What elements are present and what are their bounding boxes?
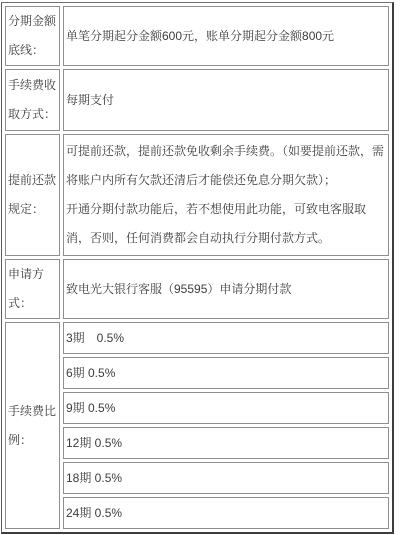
table-row: 提前还款规定： 可提前还款，提前还款免收剩余手续费。（如要提前还款，需将账户内所… <box>5 134 389 256</box>
early-repayment-paragraph-1: 可提前还款，提前还款免收剩余手续费。（如要提前还款，需将账户内所有欠款还清后才能… <box>66 137 386 195</box>
table-row: 24期 0.5% <box>5 497 389 529</box>
table-row: 6期 0.5% <box>5 357 389 389</box>
fee-rate-row-6-periods: 6期 0.5% <box>63 357 389 389</box>
value-fee-collection-method: 每期支付 <box>63 69 389 131</box>
value-installment-amount-floor: 单笔分期起分金额600元，账单分期起分金额800元 <box>63 6 389 66</box>
installment-terms-table: 分期金额底线： 单笔分期起分金额600元，账单分期起分金额800元 手续费收取方… <box>1 2 394 534</box>
table-row: 手续费收取方式： 每期支付 <box>5 69 389 131</box>
value-early-repayment-rules: 可提前还款，提前还款免收剩余手续费。（如要提前还款，需将账户内所有欠款还清后才能… <box>63 134 389 256</box>
table-row: 18期 0.5% <box>5 462 389 494</box>
fee-rate-row-18-periods: 18期 0.5% <box>63 462 389 494</box>
table-row: 分期金额底线： 单笔分期起分金额600元，账单分期起分金额800元 <box>5 6 389 66</box>
fee-rate-row-12-periods: 12期 0.5% <box>63 427 389 459</box>
table-row: 申请方式： 致电光大银行客服（95595）申请分期付款 <box>5 259 389 319</box>
label-installment-amount-floor: 分期金额底线： <box>5 6 60 66</box>
label-fee-rate: 手续费比例： <box>5 322 60 529</box>
label-early-repayment-rules: 提前还款规定： <box>5 134 60 256</box>
label-fee-collection-method: 手续费收取方式： <box>5 69 60 131</box>
early-repayment-paragraph-2: 开通分期付款功能后，若不想使用此功能，可致电客服取消，否则，任何消费都会自动执行… <box>66 195 386 253</box>
table-row: 12期 0.5% <box>5 427 389 459</box>
table-row: 手续费比例： 3期 0.5% <box>5 322 389 354</box>
fee-rate-row-3-periods: 3期 0.5% <box>63 322 389 354</box>
fee-rate-row-9-periods: 9期 0.5% <box>63 392 389 424</box>
table-row: 9期 0.5% <box>5 392 389 424</box>
label-application-method: 申请方式： <box>5 259 60 319</box>
value-application-method: 致电光大银行客服（95595）申请分期付款 <box>63 259 389 319</box>
fee-rate-row-24-periods: 24期 0.5% <box>63 497 389 529</box>
